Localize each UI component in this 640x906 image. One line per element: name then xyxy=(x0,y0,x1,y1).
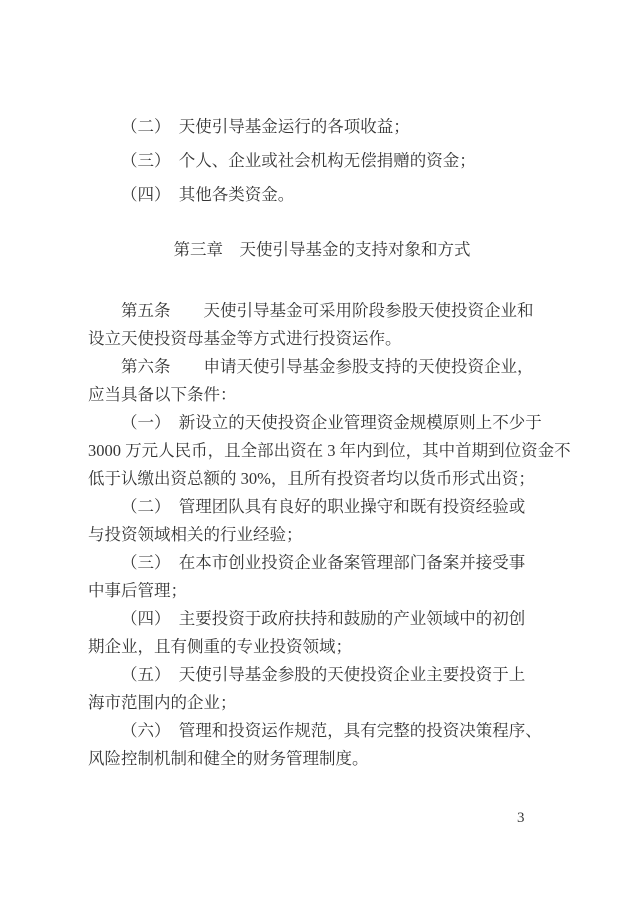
condition-1-line-1: （一） 新设立的天使投资企业管理资金规模原则上不少于 xyxy=(88,409,556,437)
condition-4-line-1: （四） 主要投资于政府扶持和鼓励的产业领域中的初创 xyxy=(88,605,556,633)
page-number: 3 xyxy=(517,808,525,828)
condition-3-line-2: 中事后管理； xyxy=(88,577,556,605)
condition-5-line-2: 海市范围内的企业； xyxy=(88,689,556,717)
intro-item-2: （二） 天使引导基金运行的各项收益； xyxy=(88,110,556,144)
article-6-line-2: 应当具备以下条件： xyxy=(88,381,556,409)
condition-5-line-1: （五） 天使引导基金参股的天使投资企业主要投资于上 xyxy=(88,661,556,689)
chapter-heading: 第三章 天使引导基金的支持对象和方式 xyxy=(88,236,556,264)
condition-4-line-2: 期企业，且有侧重的专业投资领域； xyxy=(88,633,556,661)
condition-3-line-1: （三） 在本市创业投资企业备案管理部门备案并接受事 xyxy=(88,549,556,577)
condition-1-line-2: 3000 万元人民币，且全部出资在 3 年内到位，其中首期到位资金不 xyxy=(88,437,556,465)
condition-6-line-2: 风险控制机制和健全的财务管理制度。 xyxy=(88,745,556,773)
intro-item-4: （四） 其他各类资金。 xyxy=(88,178,556,212)
document-content: （二） 天使引导基金运行的各项收益； （三） 个人、企业或社会机构无偿捐赠的资金… xyxy=(88,110,556,773)
article-5-line-2: 设立天使投资母基金等方式进行投资运作。 xyxy=(88,325,556,353)
condition-1-line-3: 低于认缴出资总额的 30%，且所有投资者均以货币形式出资； xyxy=(88,465,556,493)
intro-item-3: （三） 个人、企业或社会机构无偿捐赠的资金； xyxy=(88,144,556,178)
document-page: （二） 天使引导基金运行的各项收益； （三） 个人、企业或社会机构无偿捐赠的资金… xyxy=(0,0,640,906)
condition-6-line-1: （六） 管理和投资运作规范，具有完整的投资决策程序、 xyxy=(88,717,556,745)
article-6-line-1: 第六条 申请天使引导基金参股支持的天使投资企业， xyxy=(88,353,556,381)
condition-2-line-1: （二） 管理团队具有良好的职业操守和既有投资经验或 xyxy=(88,493,556,521)
condition-2-line-2: 与投资领域相关的行业经验； xyxy=(88,521,556,549)
article-5-line-1: 第五条 天使引导基金可采用阶段参股天使投资企业和 xyxy=(88,297,556,325)
